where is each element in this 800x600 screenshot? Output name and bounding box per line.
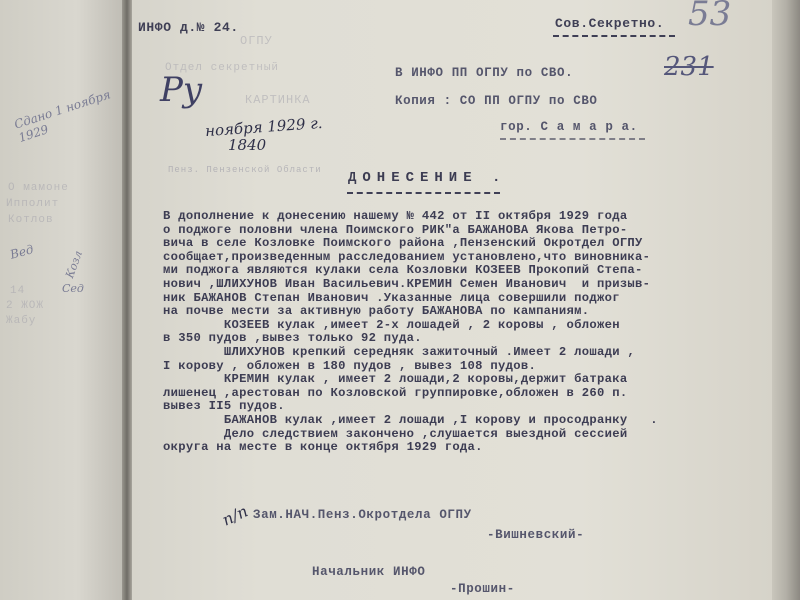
addressee-copy: Копия : СО ПП ОГПУ по СВО <box>395 94 598 108</box>
page-edge <box>772 0 800 600</box>
binding-gutter <box>122 0 132 600</box>
bleed-through-line: Ипполит <box>6 198 59 210</box>
title-underline <box>347 192 500 194</box>
body-line: КРЕМИН кулак , имеет 2 лошади,2 коровы,д… <box>163 373 753 387</box>
body-line: округа на месте в конце октября 1929 год… <box>163 441 753 455</box>
stamp-line: КАРТИНКА <box>245 93 311 107</box>
body-line: лишенец ,арестован по Козловской группир… <box>163 387 753 401</box>
classification-label: Сов.Секретно. <box>555 16 664 31</box>
body-line: ШЛИХУНОВ крепкий середняк зажиточный .Им… <box>163 346 753 360</box>
chief-title: Начальник ИНФО <box>312 565 425 579</box>
page-number-handwritten: 53 <box>688 0 731 34</box>
handwritten-initial: Ру <box>160 70 203 110</box>
bleed-through-line: 14 <box>10 285 25 297</box>
handwritten-number: 1840 <box>228 136 266 154</box>
chief-name: -Прошин- <box>450 582 515 596</box>
sheet-number-handwritten: 231 <box>664 52 714 82</box>
classification-underline <box>553 35 675 37</box>
body-line: вича в селе Козловке Поимского района ,П… <box>163 237 753 251</box>
body-line: на почве мести за активную работу БАЖАНО… <box>163 305 753 319</box>
handwritten-note-left: Сдано 1 ноября 1929 <box>12 83 129 145</box>
body-line: в 350 пудов ,вывез только 92 пуда. <box>163 332 753 346</box>
bleed-through-line: О мамоне <box>8 182 69 194</box>
addressee-city: гор. С а м а р а. <box>500 120 638 134</box>
file-reference: ИНФО д.№ 24. <box>138 20 239 35</box>
addressee-to: В ИНФО ПП ОГПУ по СВО. <box>395 66 573 80</box>
body-line: сообщает,произведенным расследованием ус… <box>163 251 753 265</box>
deputy-title: Зам.НАЧ.Пенз.Окротдела ОГПУ <box>253 508 472 522</box>
body-line: о поджоге половни члена Поимского РИК"а … <box>163 224 753 238</box>
bleed-through-line: 2 ЖОЖ <box>6 300 44 312</box>
body-line: КОЗЕЕВ кулак ,имеет 2-х лошадей , 2 коро… <box>163 319 753 333</box>
left-page: Сдано 1 ноября 1929 О мамоне Ипполит Кот… <box>0 0 128 600</box>
body-line: вывез II5 пудов. <box>163 400 753 414</box>
city-underline <box>500 138 645 140</box>
deputy-name: -Вишневский- <box>487 528 584 542</box>
body-line: ми поджога являются кулаки села Козловки… <box>163 264 753 278</box>
bleed-through-line: Жабу <box>6 315 36 327</box>
bleed-through-line: Котлов <box>8 214 54 226</box>
report-body: В дополнение к донесению нашему № 442 от… <box>163 210 753 455</box>
handwritten-margin: Сед <box>62 282 84 295</box>
body-line: БАЖАНОВ кулак ,имеет 2 лошади ,I корову … <box>163 414 753 428</box>
handwritten-margin: Козл <box>63 249 85 280</box>
stamp-line: ОГПУ <box>240 34 273 48</box>
document-title: ДОНЕСЕНИЕ . <box>348 170 506 186</box>
body-line: В дополнение к донесению нашему № 442 от… <box>163 210 753 224</box>
handwritten-margin: Вед <box>9 242 35 262</box>
body-line: нович ,ШЛИХУНОВ Иван Васильевич.КРЕМИН С… <box>163 278 753 292</box>
region-stamp-line: Пенз. Пензенской Области <box>168 165 322 175</box>
